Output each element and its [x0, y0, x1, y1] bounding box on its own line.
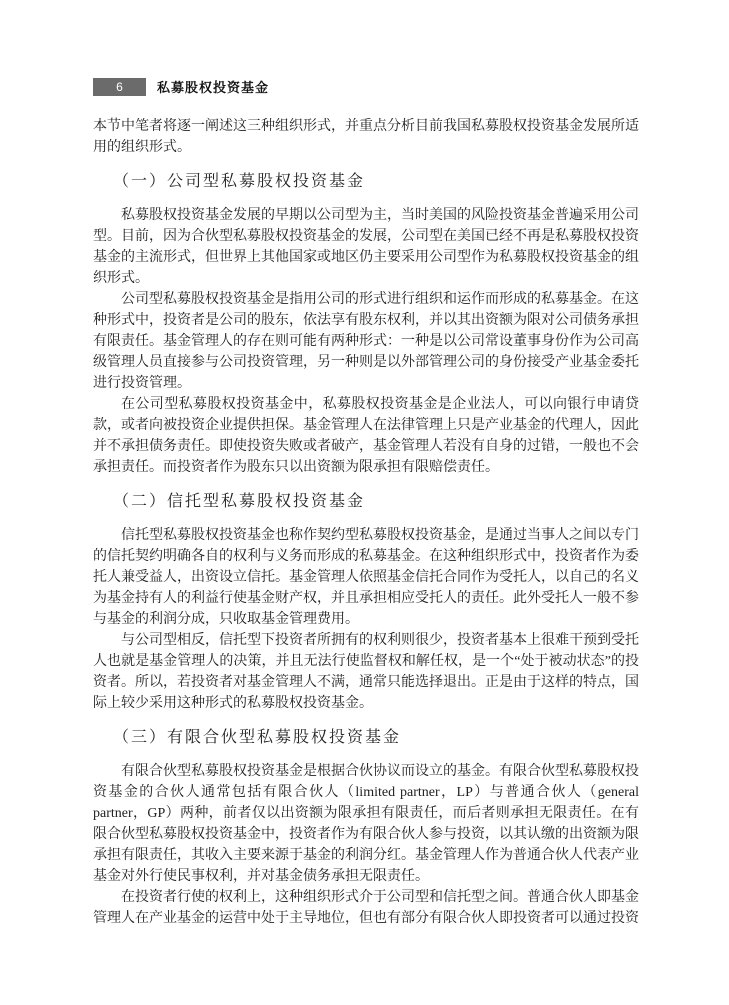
- section-1-paragraph-3: 在公司型私募股权投资基金中，私募股权投资基金是企业法人，可以向银行申请贷款，或者…: [93, 394, 639, 478]
- page-header: 6 私募股权投资基金: [93, 77, 269, 96]
- page-body: 本节中笔者将逐一阐述这三种组织形式，并重点分析目前我国私募股权投资基金发展所适用…: [93, 116, 639, 929]
- section-3-heading: （三）有限合伙型私募股权投资基金: [93, 725, 639, 751]
- section-1-paragraph-2: 公司型私募股权投资基金是指用公司的形式进行组织和运作而形成的私募基金。在这种形式…: [93, 289, 639, 394]
- section-2-paragraph-2: 与公司型相反，信托型下投资者所拥有的权利则很少，投资者基本上很难干预到受托人也就…: [93, 630, 639, 714]
- page-number-badge: 6: [93, 78, 146, 96]
- section-1-paragraph-1: 私募股权投资基金发展的早期以公司型为主，当时美国的风险投资基金普遍采用公司型。目…: [93, 205, 639, 289]
- intro-paragraph: 本节中笔者将逐一阐述这三种组织形式，并重点分析目前我国私募股权投资基金发展所适用…: [93, 116, 639, 158]
- section-1-heading: （一）公司型私募股权投资基金: [93, 169, 639, 195]
- section-2-heading: （二）信托型私募股权投资基金: [93, 489, 639, 515]
- section-3-paragraph-2: 在投资者行使的权利上，这种组织形式介于公司型和信托型之间。普通合伙人即基金管理人…: [93, 887, 639, 929]
- book-page: 6 私募股权投资基金 本节中笔者将逐一阐述这三种组织形式，并重点分析目前我国私募…: [0, 0, 729, 1005]
- section-2-paragraph-1: 信托型私募股权投资基金也称作契约型私募股权投资基金，是通过当事人之间以专门的信托…: [93, 525, 639, 630]
- section-3-paragraph-1: 有限合伙型私募股权投资基金是根据合伙协议而设立的基金。有限合伙型私募股权投资基金…: [93, 761, 639, 887]
- running-title: 私募股权投资基金: [157, 77, 269, 96]
